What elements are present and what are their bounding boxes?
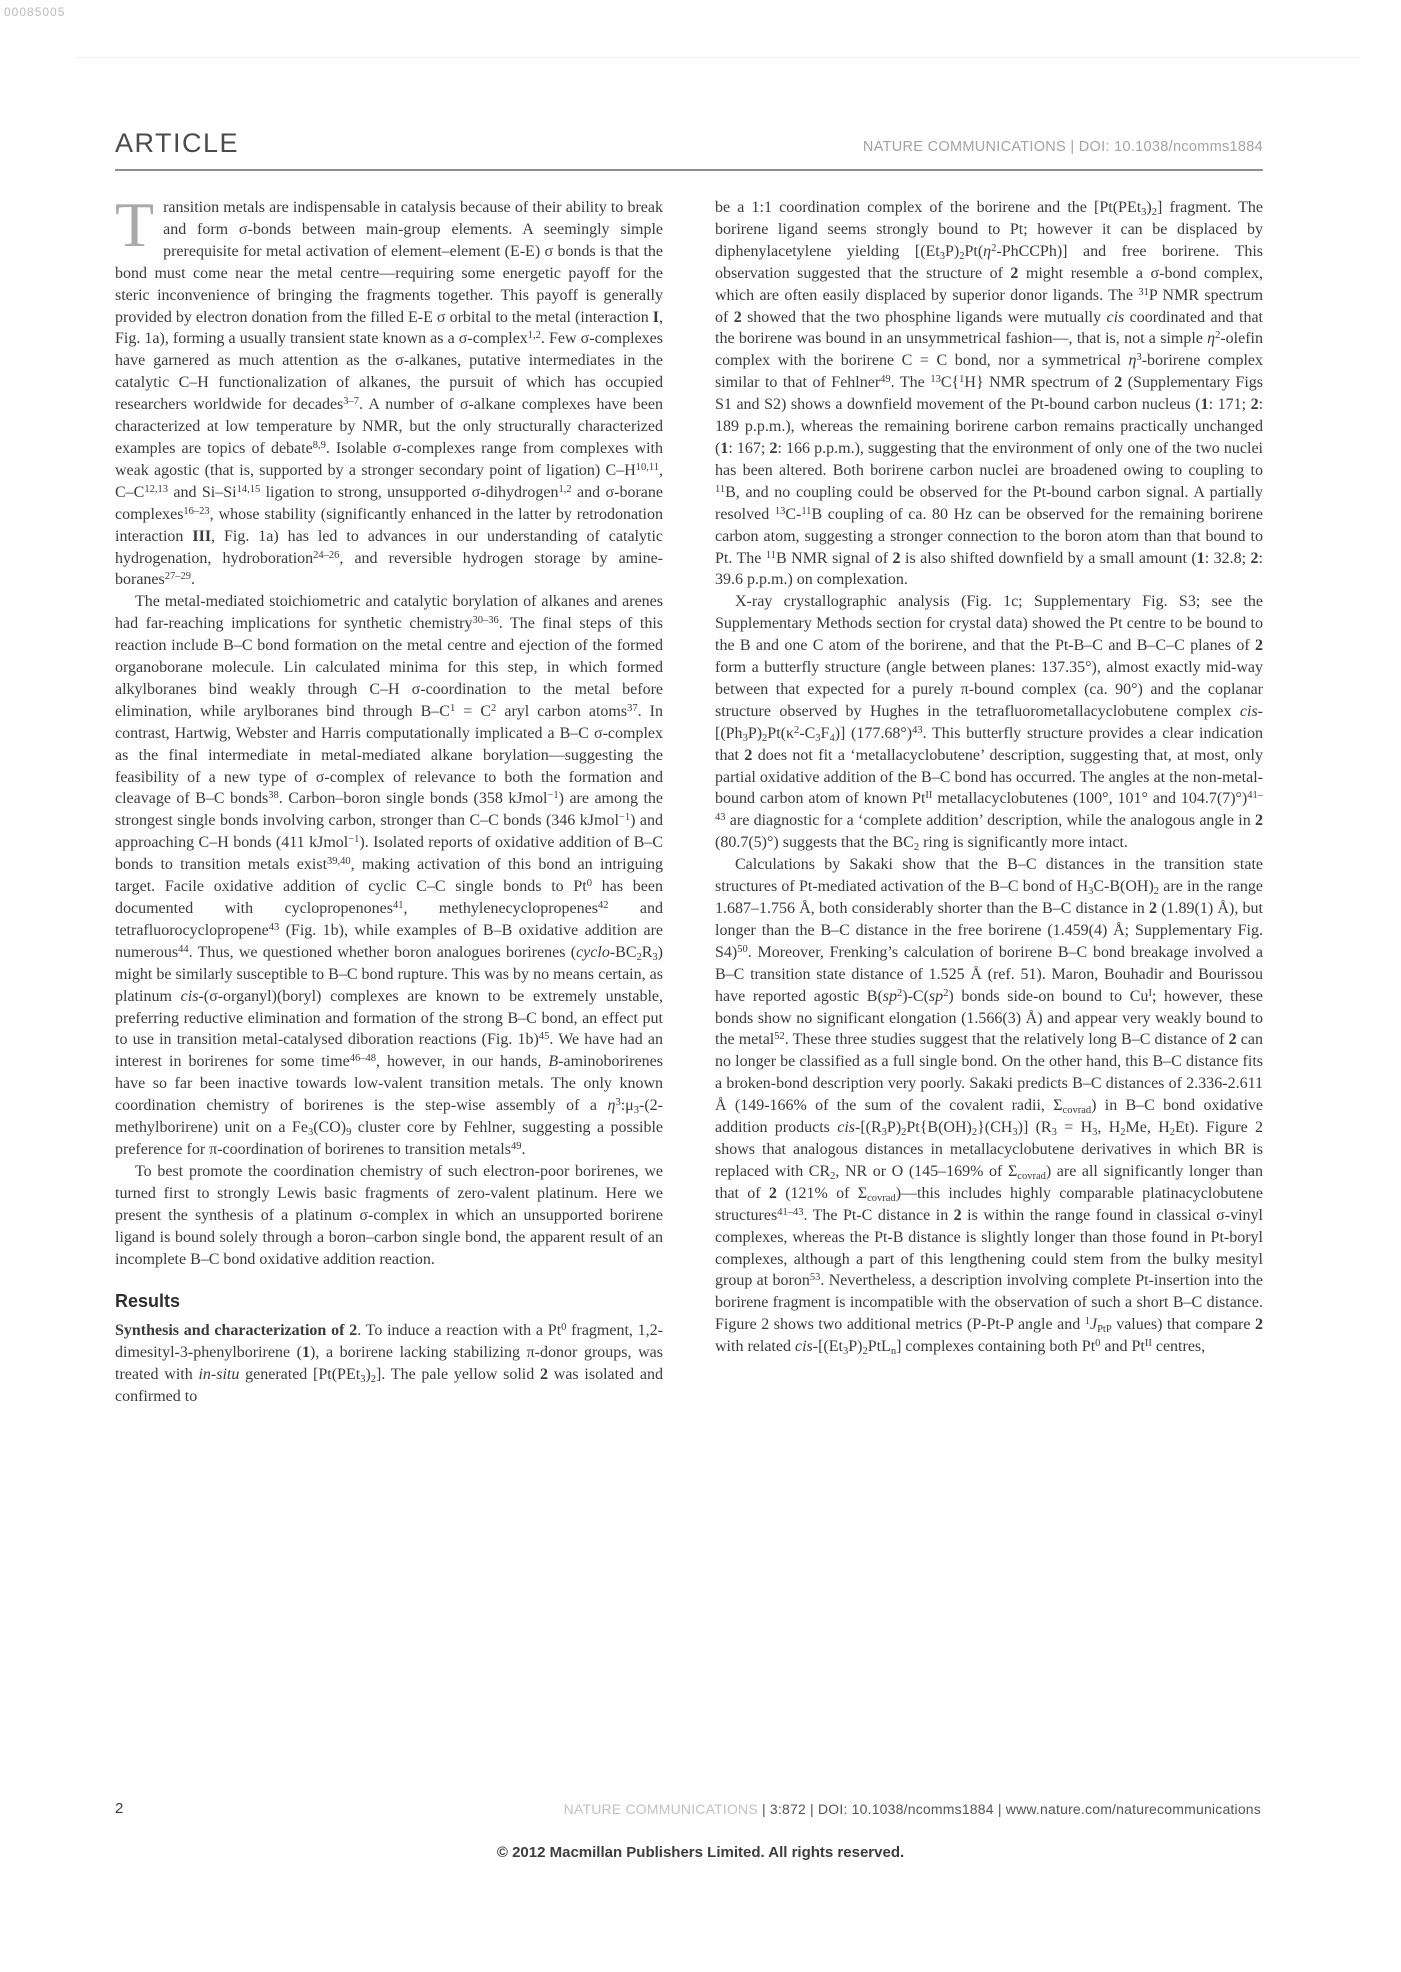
left-column: Transition metals are indispensable in c… — [115, 197, 663, 1408]
paragraph: The metal-mediated stoichiometric and ca… — [115, 591, 663, 1161]
two-column-body: Transition metals are indispensable in c… — [115, 197, 1263, 1408]
footer-copyright-notice: © 2012 Macmillan Publishers Limited. All… — [0, 1844, 1401, 1861]
scan-corner-number: 00085005 — [4, 5, 65, 19]
footer-journal-citation: | 3:872 | DOI: 10.1038/ncomms1884 | www.… — [758, 1801, 1261, 1817]
scan-artifact-line — [75, 57, 1360, 58]
article-type-label: ARTICLE — [115, 128, 239, 158]
article-page: ARTICLE NATURE COMMUNICATIONS | DOI: 10.… — [115, 128, 1263, 1408]
paragraph: be a 1:1 coordination complex of the bor… — [715, 197, 1263, 591]
drop-cap: T — [115, 197, 163, 261]
paragraph: X-ray crystallographic analysis (Fig. 1c… — [715, 591, 1263, 854]
footer-journal-name: NATURE COMMUNICATIONS — [564, 1801, 758, 1817]
journal-doi-reference: NATURE COMMUNICATIONS | DOI: 10.1038/nco… — [863, 139, 1263, 158]
paragraph-text: ransition metals are indispensable in ca… — [115, 199, 663, 588]
page-header: ARTICLE NATURE COMMUNICATIONS | DOI: 10.… — [115, 128, 1263, 158]
header-divider-rule — [115, 169, 1263, 171]
paragraph: Synthesis and characterization of 2. To … — [115, 1320, 663, 1408]
intro-paragraph: Transition metals are indispensable in c… — [115, 197, 663, 591]
results-heading: Results — [115, 1291, 663, 1311]
right-column: be a 1:1 coordination complex of the bor… — [715, 197, 1263, 1408]
paragraph: To best promote the coordination chemist… — [115, 1161, 663, 1271]
footer-journal-line: NATURE COMMUNICATIONS | 3:872 | DOI: 10.… — [564, 1801, 1261, 1817]
paragraph: Calculations by Sakaki show that the B–C… — [715, 854, 1263, 1358]
footer-page-number: 2 — [115, 1800, 123, 1817]
